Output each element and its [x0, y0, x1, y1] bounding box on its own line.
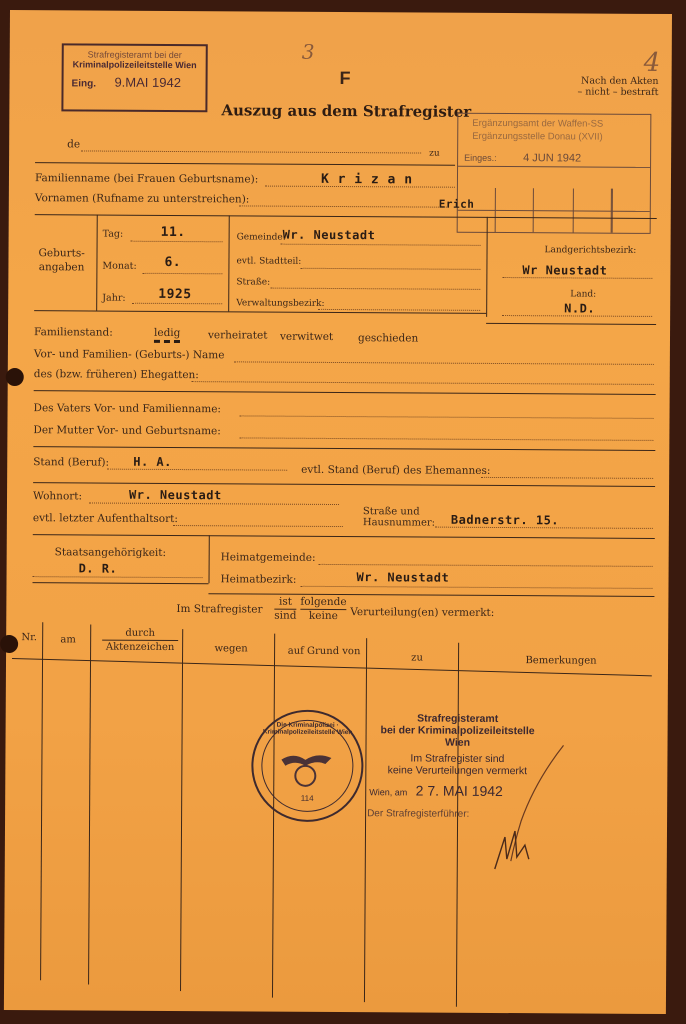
note-line-2: – nicht – bestraft	[577, 86, 658, 97]
col-am: am	[46, 634, 90, 645]
admin-district-label: Verwaltungsbezirk:	[236, 298, 324, 309]
register-suffix: Verurteilung(en) vermerkt:	[350, 606, 494, 619]
state-value: N.D.	[564, 301, 595, 315]
ss-stamp-label: Einges.:	[464, 153, 497, 163]
mother-label: Der Mutter Vor- und Geburtsname:	[33, 424, 220, 437]
birth-label-1: Geburts-	[38, 246, 84, 260]
residence-value: Wr. Neustadt	[129, 488, 222, 503]
ss-office-stamp: Ergänzungsamt der Waffen-SS Ergänzungsst…	[457, 113, 652, 234]
punch-hole	[6, 368, 24, 386]
col-zu: zu	[372, 652, 462, 664]
register-option-folgende-keine: folgende keine	[300, 596, 346, 623]
residence-label: Wohnort:	[33, 490, 82, 502]
month-label: Monat:	[102, 261, 136, 272]
signature	[475, 741, 576, 882]
year-value: 1925	[158, 287, 191, 302]
city-district-label: evtl. Stadtteil:	[236, 256, 301, 266]
marital-option-geschieden[interactable]: geschieden	[358, 332, 418, 344]
document-title: Auszug aus dem Strafregister	[221, 101, 471, 121]
top-right-note: Nach den Akten – nicht – bestraft	[577, 75, 658, 97]
receipt-stamp-date: 9.MAI 1942	[114, 75, 181, 90]
husband-occupation-label: evtl. Stand (Beruf) des Ehemannes:	[301, 464, 490, 477]
occupation-label: Stand (Beruf):	[33, 456, 109, 468]
home-district-label: Heimatbezirk:	[220, 573, 296, 585]
street-label-1: Straße und	[363, 506, 435, 517]
surname-value: K r i z a n	[321, 172, 413, 188]
col-bemerkungen: Bemerkungen	[466, 655, 656, 667]
marital-status-label: Familienstand:	[34, 326, 113, 338]
note-line-1: Nach den Akten	[578, 75, 659, 86]
occupation-value: H. A.	[133, 455, 172, 469]
col-durch: durch	[102, 627, 178, 641]
marital-option-verheiratet[interactable]: verheiratet	[208, 329, 268, 341]
street-address-label: Straße und Hausnummer:	[363, 506, 435, 528]
col-auf-grund-von: auf Grund von	[278, 646, 370, 658]
col-durch-aktenzeichen: durch Aktenzeichen	[94, 627, 186, 655]
court-district-value: Wr Neustadt	[522, 263, 607, 278]
col-wegen: wegen	[186, 643, 276, 655]
register-option-ist-sind: ist sind	[274, 596, 296, 623]
day-label: Tag:	[103, 229, 124, 240]
ss-stamp-line2: Ergänzungsstelle Donau (XVII)	[458, 129, 650, 143]
home-district-value: Wr. Neustadt	[356, 570, 449, 585]
month-value: 6.	[164, 255, 181, 270]
citizenship-label: Staatsangehörigkeit:	[55, 546, 166, 559]
spouse-label-2: des (bzw. früheren) Ehegatten:	[34, 368, 199, 381]
pencil-mark-3: 3	[302, 40, 315, 64]
receipt-stamp-label: Eing.	[72, 78, 97, 89]
municipality-value: Wr. Neustadt	[283, 228, 376, 243]
receipt-stamp: Strafregisteramt bei der Kriminalpolizei…	[61, 43, 207, 112]
street-address-value: Badnerstr. 15.	[451, 513, 559, 528]
given-name-label: Vornamen (Rufname zu unterstreichen):	[35, 192, 250, 205]
marital-option-ledig[interactable]: ledig	[154, 327, 180, 343]
opt-ist: ist	[274, 596, 296, 610]
ss-stamp-date: 4 JUN 1942	[523, 152, 581, 164]
given-name-value: Erich	[439, 198, 475, 211]
surname-label: Familienname (bei Frauen Geburtsname):	[35, 172, 258, 185]
birth-label-2: angaben	[38, 260, 84, 274]
ss-stamp-line1: Ergänzungsamt der Waffen-SS	[458, 114, 650, 130]
receipt-stamp-line1: Strafregisteramt bei der	[64, 49, 206, 60]
col-aktenzeichen: Aktenzeichen	[94, 641, 186, 655]
pencil-mark-4: 4	[644, 48, 661, 78]
cert-place-label: Wien, am	[369, 787, 407, 797]
day-value: 11.	[161, 225, 186, 240]
opt-keine: keine	[300, 610, 346, 623]
de-label: de	[67, 138, 80, 150]
spouse-label-1: Vor- und Familien- (Geburts-) Name	[34, 348, 225, 361]
street-label-2: Hausnummer:	[363, 517, 435, 528]
col-nr: Nr.	[16, 632, 42, 643]
opt-sind: sind	[274, 610, 296, 623]
receipt-stamp-line2: Kriminalpolizeileitstelle Wien	[64, 59, 206, 70]
document-sheet: 3 4 Strafregisteramt bei der Kriminalpol…	[4, 10, 672, 1014]
citizenship-value: D. R.	[79, 561, 118, 575]
official-seal: Die Kriminalpolizei · Kriminalpolizeilei…	[251, 709, 364, 822]
register-prefix: Im Strafregister	[176, 603, 262, 616]
street-birth-label: Straße:	[236, 277, 270, 287]
court-district-label: Landgerichtsbezirk:	[545, 245, 637, 256]
opt-folgende: folgende	[300, 596, 346, 610]
year-label: Jahr:	[102, 293, 125, 304]
seal-number: 114	[253, 794, 361, 804]
cert-line2: bei der Kriminalpolizeileitstelle	[368, 724, 548, 737]
last-stay-label: evtl. letzter Aufenthaltsort:	[33, 512, 178, 525]
seal-ring-text: Die Kriminalpolizei · Kriminalpolizeilei…	[254, 722, 362, 737]
marital-option-verwitwet[interactable]: verwitwet	[280, 331, 333, 343]
zu-label: zu	[429, 149, 440, 159]
father-label: Des Vaters Vor- und Familienname:	[34, 402, 221, 415]
birth-section-label: Geburts- angaben	[38, 246, 84, 274]
home-municipality-label: Heimatgemeinde:	[221, 551, 316, 564]
cert-line1: Strafregisteramt	[368, 712, 548, 725]
form-letter: F	[340, 68, 351, 89]
state-label: Land:	[570, 289, 596, 299]
municipality-label: Gemeinde:	[237, 232, 286, 242]
